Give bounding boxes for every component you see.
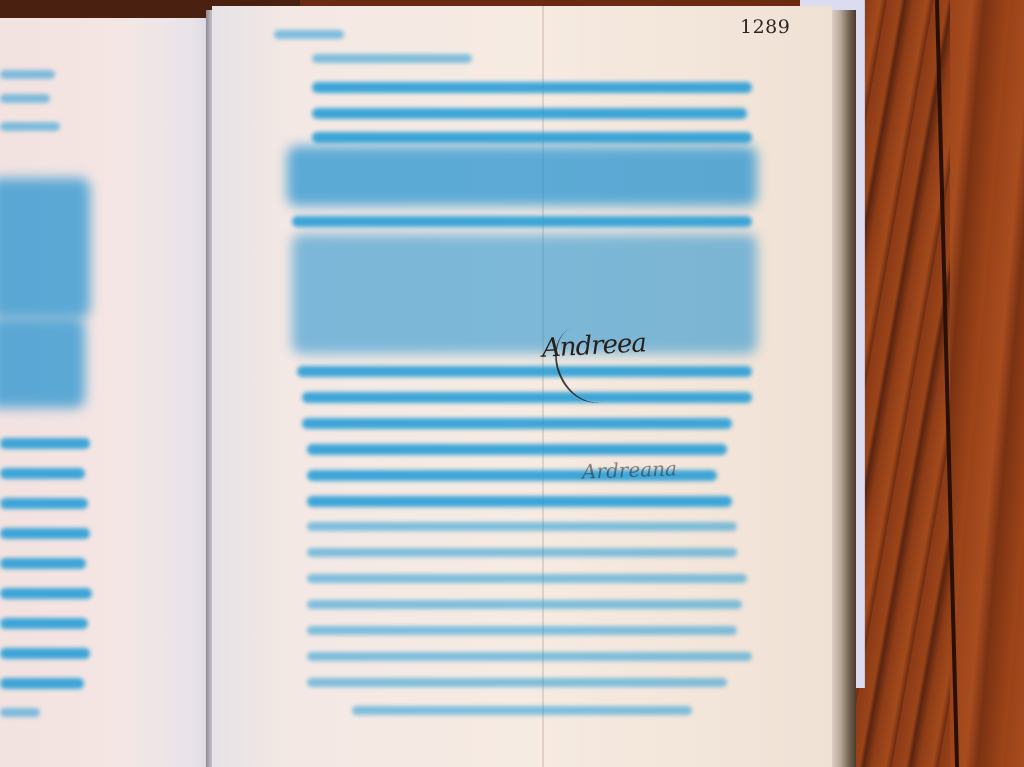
typescript-line: [297, 366, 752, 377]
typescript-line: [312, 54, 472, 63]
left-page: [0, 18, 212, 767]
typescript-line: [307, 496, 732, 507]
book-page-edges: [830, 10, 856, 767]
faint-handwritten-signature: Ardreana: [582, 456, 678, 483]
ink-blot: [292, 234, 757, 354]
typescript-line: [307, 652, 752, 661]
ink-blot: [0, 178, 90, 318]
typescript-line: [307, 678, 727, 687]
typescript-line: [0, 122, 60, 131]
typescript-line: [0, 70, 55, 79]
typescript-line: [307, 626, 737, 635]
typescript-line: [274, 30, 344, 39]
typescript-line: [307, 600, 742, 609]
typescript-line: [307, 444, 727, 455]
typescript-line: [0, 498, 88, 509]
page-number: 1289: [740, 16, 790, 38]
typescript-line: [307, 522, 737, 531]
typescript-line: [0, 438, 90, 449]
typescript-line: [302, 392, 752, 403]
typescript-line: [292, 216, 752, 227]
typescript-line: [307, 548, 737, 557]
handwritten-signature: Andreea: [541, 328, 646, 363]
typescript-line: [0, 678, 84, 689]
typescript-line: [312, 132, 752, 143]
typescript-line: [0, 468, 85, 479]
typescript-line: [312, 108, 747, 119]
ink-blot: [287, 146, 757, 206]
typescript-line: [0, 588, 92, 599]
typescript-line: [0, 528, 90, 539]
ink-blot: [0, 318, 85, 408]
typescript-line: [0, 618, 88, 629]
typescript-line: [307, 574, 747, 583]
typescript-line: [0, 558, 86, 569]
typescript-line: [312, 82, 752, 93]
right-page: 1289 Andreea Ardreana: [212, 6, 832, 767]
typescript-line: [0, 94, 50, 103]
typescript-line: [302, 418, 732, 429]
typescript-line: [0, 708, 40, 717]
wooden-table-right-plank: [950, 0, 1024, 767]
typescript-line: [352, 706, 692, 715]
typescript-line: [0, 648, 90, 659]
